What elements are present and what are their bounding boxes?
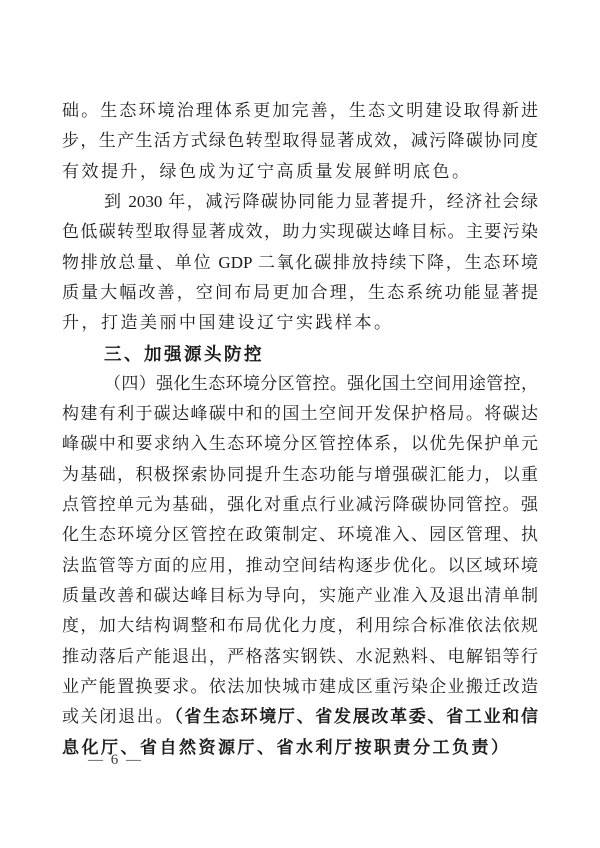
text-block: 础。生态环境治理体系更加完善，生态文明建设取得新进 步，生产生活方式绿色转型取得…: [62, 96, 538, 763]
text-line: 点管控单元为基础，强化对重点行业减污降碳协同管控。强: [62, 490, 538, 520]
text-line: 到 2030 年，减污降碳协同能力显著提升，经济社会绿: [62, 187, 538, 217]
text-line: 度，加大结构调整和布局优化力度，利用综合标准依法依规: [62, 611, 538, 641]
section-heading: 三、加强源头防控: [62, 339, 538, 369]
text-segment: 强化国土空间用途管控，: [347, 374, 538, 393]
text-line: 础。生态环境治理体系更加完善，生态文明建设取得新进: [62, 96, 538, 126]
text-line: 构建有利于碳达峰碳中和的国土空间开发保护格局。将碳达: [62, 399, 538, 429]
clause-title: （四）强化生态环境分区管控。: [104, 374, 347, 393]
text-line: 质量改善和碳达峰目标为导向，实施产业准入及退出清单制: [62, 581, 538, 611]
document-page: 础。生态环境治理体系更加完善，生态文明建设取得新进 步，生产生活方式绿色转型取得…: [0, 0, 600, 848]
text-segment: 或关闭退出。: [62, 707, 174, 726]
text-line: 业产能置换要求。依法加快城市建成区重污染企业搬迁改造: [62, 672, 538, 702]
text-line: 推动落后产能退出，严格落实钢铁、水泥熟料、电解铝等行: [62, 642, 538, 672]
text-line: 色低碳转型取得显著成效，助力实现碳达峰目标。主要污染: [62, 217, 538, 247]
text-line: 升，打造美丽中国建设辽宁实践样本。: [62, 308, 538, 338]
text-line: 有效提升，绿色成为辽宁高质量发展鲜明底色。: [62, 157, 538, 187]
text-line: 或关闭退出。（省生态环境厅、省发展改革委、省工业和信: [62, 702, 538, 732]
page-number: — 6 —: [88, 750, 143, 770]
text-line: 法监管等方面的应用，推动空间结构逐步优化。以区域环境: [62, 551, 538, 581]
text-line: （四）强化生态环境分区管控。强化国土空间用途管控，: [62, 369, 538, 399]
text-line: 步，生产生活方式绿色转型取得显著成效，减污降碳协同度: [62, 126, 538, 156]
text-line: 为基础，积极探索协同提升生态功能与增强碳汇能力，以重: [62, 460, 538, 490]
text-line: 峰碳中和要求纳入生态环境分区管控体系，以优先保护单元: [62, 429, 538, 459]
responsible-departments: （省生态环境厅、省发展改革委、省工业和信: [174, 707, 538, 726]
text-line: 质量大幅改善，空间布局更加合理，生态系统功能显著提: [62, 278, 538, 308]
text-line: 物排放总量、单位 GDP 二氧化碳排放持续下降，生态环境: [62, 248, 538, 278]
text-line: 化生态环境分区管控在政策制定、环境准入、园区管理、执: [62, 520, 538, 550]
